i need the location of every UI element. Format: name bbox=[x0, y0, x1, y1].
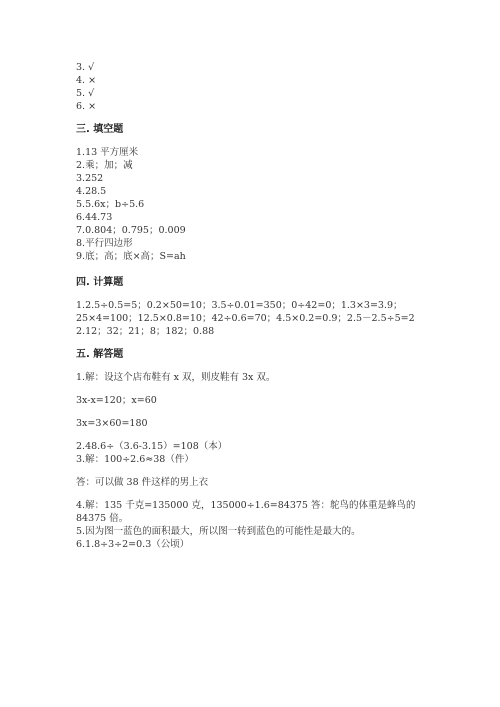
answer-q3-conclusion: 答：可以做 38 件这样的男上衣 bbox=[76, 476, 436, 489]
answer-item: 3.252 bbox=[76, 172, 436, 185]
section-title-word-problems: 五. 解答题 bbox=[76, 348, 436, 361]
answer-q3: 3.解：100÷2.6≈38（件） bbox=[76, 453, 436, 466]
answer-item: 9.底；高；底×高；S=ah bbox=[76, 250, 436, 263]
answer-item: 5. √ bbox=[76, 87, 436, 100]
answer-item: 2.乘；加；减 bbox=[76, 159, 436, 172]
judgment-answers: 3. √ 4. × 5. √ 6. × bbox=[76, 61, 436, 113]
answer-item: 8.平行四边形 bbox=[76, 237, 436, 250]
answer-line: 2.12；32；21；8；182；0.88 bbox=[76, 325, 436, 338]
answer-item: 5.5.6x；b÷5.6 bbox=[76, 198, 436, 211]
section-title-fill-blanks: 三. 填空题 bbox=[76, 123, 436, 136]
answer-item: 3. √ bbox=[76, 61, 436, 74]
answer-item: 7.0.804；0.795；0.009 bbox=[76, 224, 436, 237]
answer-q6: 6.1.8÷3÷2=0.3（公顷） bbox=[76, 538, 436, 551]
answer-q2: 2.48.6÷（3.6-3.15）=108（本） bbox=[76, 440, 436, 453]
section-title-calculation: 四. 计算题 bbox=[76, 276, 436, 289]
fill-blank-answers: 1.13 平方厘米 2.乘；加；减 3.252 4.28.5 5.5.6x；b÷… bbox=[76, 146, 436, 263]
answer-item: 1.13 平方厘米 bbox=[76, 146, 436, 159]
answer-q1-step2: 3x=3×60=180 bbox=[76, 417, 436, 430]
answer-q5: 5.因为图一蓝色的面积最大，所以图一转到蓝色的可能性是最大的。 bbox=[76, 525, 436, 538]
answer-q4-line2: 84375 倍。 bbox=[76, 512, 436, 525]
answer-line: 25×4=100；12.5×0.8=10；42÷0.6=70；4.5×0.2=0… bbox=[76, 312, 436, 325]
calculation-answers: 1.2.5÷0.5=5；0.2×50=10；3.5÷0.01=350；0÷42=… bbox=[76, 299, 436, 338]
answer-q1: 1.解：设这个店布鞋有 x 双，则皮鞋有 3x 双。 bbox=[76, 371, 436, 384]
answer-item: 6.44.73 bbox=[76, 211, 436, 224]
answer-item: 4. × bbox=[76, 74, 436, 87]
answer-q4-line1: 4.解：135 千克=135000 克，135000÷1.6=84375 答：鸵… bbox=[76, 499, 436, 512]
answer-item: 4.28.5 bbox=[76, 185, 436, 198]
answer-item: 6. × bbox=[76, 100, 436, 113]
answer-q1-step1: 3x-x=120；x=60 bbox=[76, 394, 436, 407]
word-problem-answers: 1.解：设这个店布鞋有 x 双，则皮鞋有 3x 双。 3x-x=120；x=60… bbox=[76, 371, 436, 551]
answer-line: 1.2.5÷0.5=5；0.2×50=10；3.5÷0.01=350；0÷42=… bbox=[76, 299, 436, 312]
answer-sheet: 3. √ 4. × 5. √ 6. × 三. 填空题 1.13 平方厘米 2.乘… bbox=[76, 61, 436, 551]
